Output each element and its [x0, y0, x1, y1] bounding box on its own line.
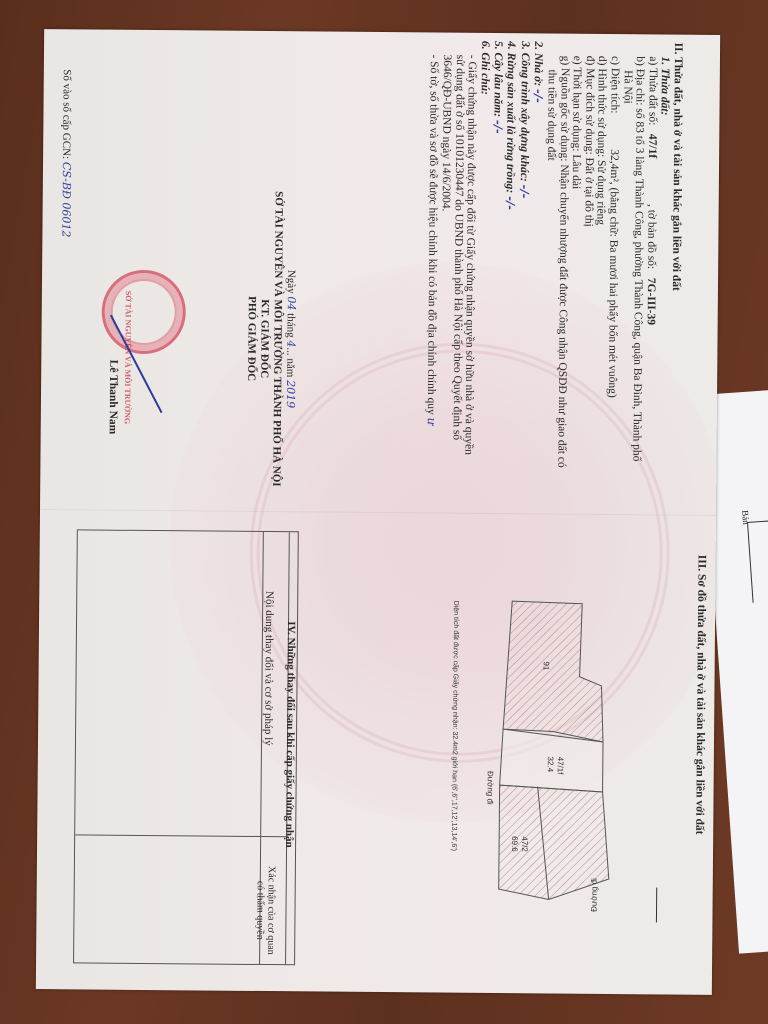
- section-iii-title: III. Sơ đồ thửa đất, nhà ở và tài sản kh…: [693, 555, 707, 835]
- section-ii: II. Thửa đất, nhà ở và tài sản khác gắn …: [424, 40, 685, 468]
- forest-label: 4. Rừng sản xuất là rừng trồng:: [504, 41, 517, 193]
- registry-label: Số vào sổ cấp GCN:: [60, 69, 73, 159]
- parcel-diagram: 47/1f 32.4 47/2 69.6 91 Đường đi Đường đ…: [441, 581, 674, 923]
- duration-value: Lâu dài: [570, 154, 582, 189]
- diagram-caption: Diện tích đất được cấp Giấy chứng nhận: …: [450, 601, 461, 851]
- purpose-value: Đất ở tại đô thị: [582, 158, 595, 227]
- issue-day: 04: [285, 296, 298, 310]
- use-form-label: d) Hình thức sử dụng:: [596, 56, 609, 157]
- road-label-west: Đường đi: [485, 771, 494, 805]
- map-sheet-label: , tờ bản đồ số:: [645, 204, 658, 269]
- section-iv-title: IV. Những thay đổi sau khi cấp giấy chứn…: [283, 621, 297, 847]
- underlying-paper-text: Bản: [740, 510, 751, 525]
- duration-label: e) Thời hạn sử dụng:: [570, 56, 583, 152]
- house-marker: 91: [542, 661, 551, 671]
- date-prefix: Ngày: [285, 270, 297, 294]
- address-label: b) Địa chỉ:: [634, 56, 646, 105]
- column-header-confirmation: Xác nhận của cơ quan có thẩm quyền: [254, 866, 277, 955]
- house-value: -/-: [532, 89, 546, 103]
- registry-row: Số vào sổ cấp GCN: CS-BĐ 06012: [59, 69, 73, 237]
- confirmation-line-2: có thẩm quyền: [254, 866, 266, 955]
- signature-block: Ngày 04 tháng 4... năm 2019 SỞ TÀI NGUYÊ…: [243, 191, 299, 487]
- area-value: 32,4m², (bằng chữ: Ba mươi hai phẩy bốn …: [606, 149, 620, 398]
- parcel-main-label: 47/1f: [556, 757, 565, 776]
- note-2-text: - Số tờ, số thửa và sơ đồ sẽ được hiệu c…: [425, 54, 440, 414]
- handwritten-mark: ư: [424, 418, 438, 426]
- underlying-paper-table-edge: [747, 520, 768, 602]
- red-official-seal: SỞ TÀI NGUYÊN VÀ MÔI TRƯỜNG: [101, 270, 186, 355]
- other-works-value: -/-: [518, 185, 532, 199]
- parcel-main-area: 32.4: [546, 756, 555, 772]
- purpose-label: đ) Mục đích sử dụng:: [583, 56, 596, 155]
- land-use-certificate-page: II. Thửa đất, nhà ở và tài sản khác gắn …: [36, 29, 720, 995]
- perennial-label: 5. Cây lâu năm:: [491, 41, 504, 117]
- neighbor-parcel-north: [503, 601, 604, 742]
- signer-name: Lê Thanh Nam: [107, 360, 120, 435]
- table-column-divider: [75, 834, 261, 837]
- month-label: tháng: [285, 313, 297, 338]
- year-label: năm: [284, 358, 296, 377]
- issue-year: 2019: [284, 380, 297, 408]
- parcel-other-area: 69.6: [510, 836, 519, 852]
- issue-month: 4: [284, 340, 297, 347]
- issuing-org: SỞ TÀI NGUYÊN VÀ MÔI TRƯỜNG THÀNH PHỐ HÀ…: [269, 191, 285, 487]
- perennial-value: -/-: [491, 120, 505, 134]
- use-form-value: Sử dụng riêng: [595, 160, 608, 225]
- house-label: 2. Nhà ở:: [532, 41, 544, 86]
- signer-role-2: PHÓ GIÁM ĐỐC: [243, 191, 259, 487]
- other-works-label: 3. Công trình xây dựng khác:: [518, 41, 531, 182]
- column-header-changes: Nội dung thay đổi và cơ sở pháp lý: [262, 591, 275, 746]
- north-arrow: [653, 887, 660, 922]
- confirmation-line-1: Xác nhận của cơ quan: [265, 866, 277, 955]
- origin-value: Nhận chuyển nhượng đất được Công nhận QS…: [555, 164, 570, 467]
- parcel-number-label: a) Thửa đất số:: [646, 56, 659, 125]
- road-label-south: Đường đi: [590, 878, 599, 912]
- map-sheet-number: 7G-III-39: [644, 278, 656, 325]
- issue-date: Ngày 04 tháng 4... năm 2019: [282, 191, 299, 487]
- parcel-number: 47/1f: [646, 134, 658, 158]
- registry-value: CS-BĐ 06012: [59, 162, 73, 238]
- parcel-other-label: 47/2: [520, 836, 529, 852]
- area-label: c) Diện tích:: [609, 56, 622, 114]
- origin-label: g) Nguồn gốc sử dụng:: [558, 56, 571, 162]
- forest-value: -/-: [504, 196, 518, 210]
